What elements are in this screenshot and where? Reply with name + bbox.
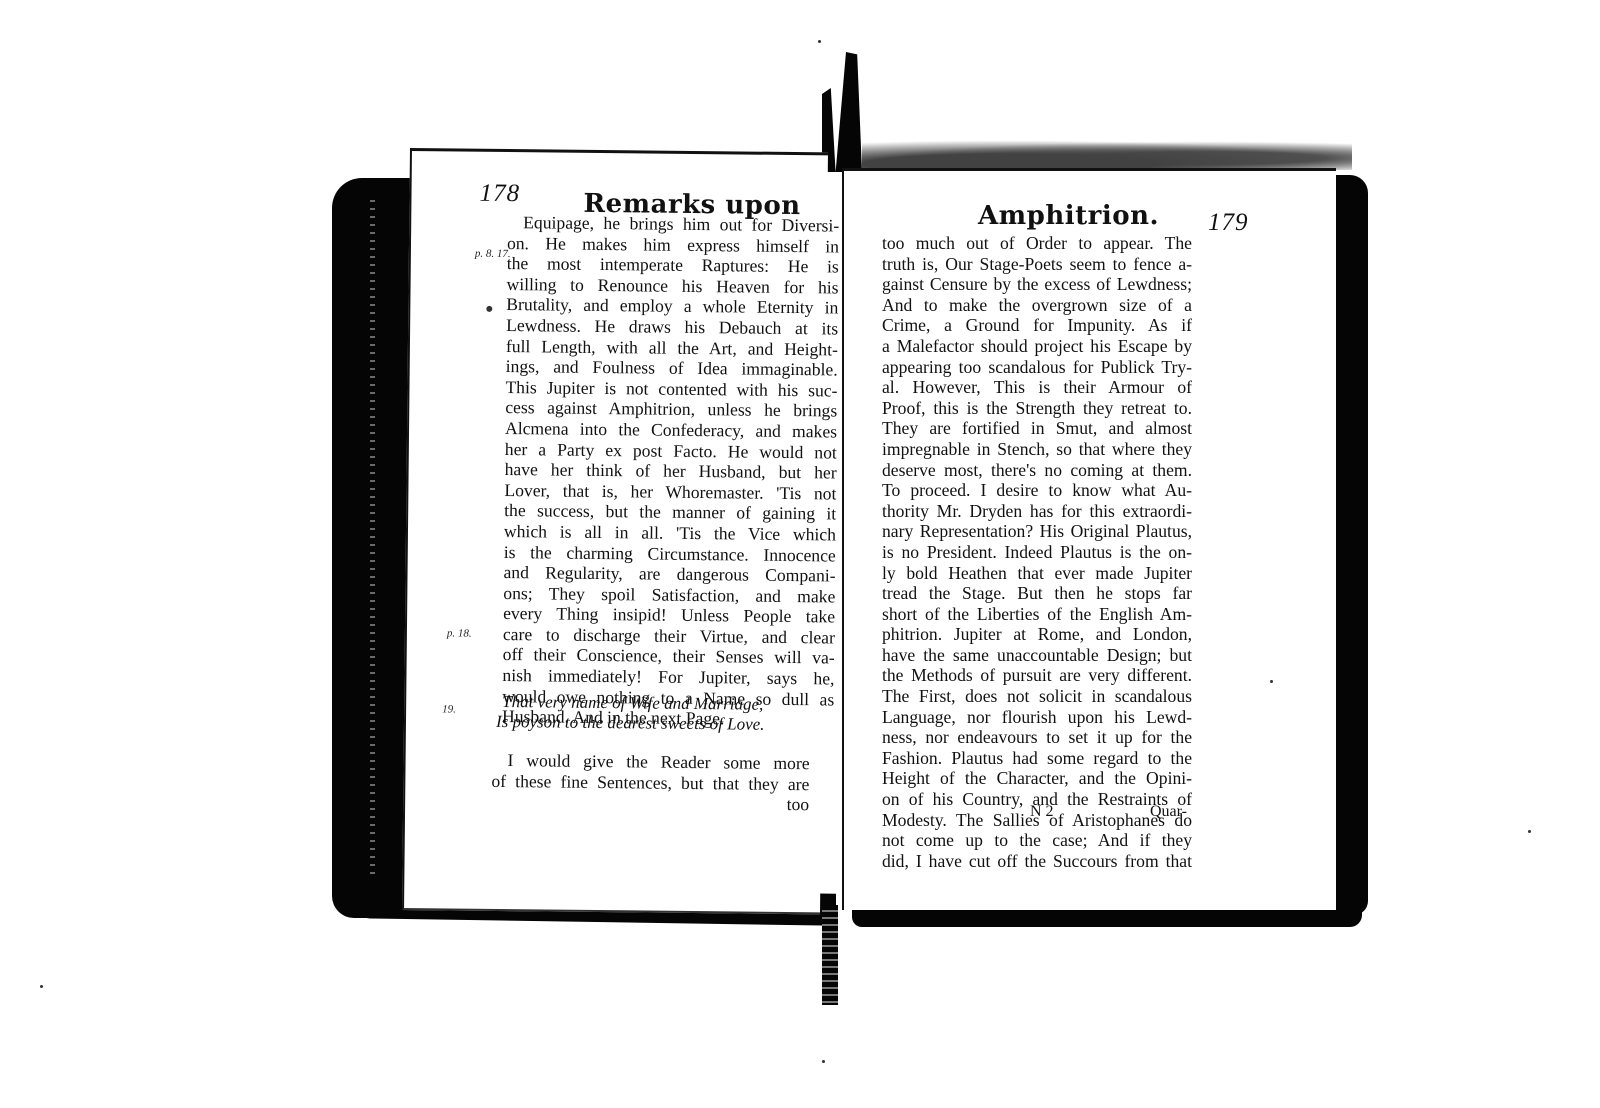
text-line: not come up to the case; And if they (882, 830, 1192, 851)
text-line: tread the Stage. But then he stops far (882, 583, 1192, 604)
spine-top-shadow (822, 52, 862, 172)
catchword: too (491, 791, 809, 815)
text-line: They are fortified in Smut, and almost (882, 418, 1192, 439)
right-page-top-edge-shadow (862, 140, 1352, 170)
text-line: ness, nor endeavours to set it up for th… (882, 727, 1192, 748)
text-line: nary Representation? His Original Plautu… (882, 521, 1192, 542)
text-line: have the same unaccountable Design; but (882, 645, 1192, 666)
text-line: too much out of Order to appear. The (882, 233, 1192, 254)
text-line: And to make the overgrown size of a (882, 295, 1192, 316)
text-line: impregnable in Stench, so that where the… (882, 439, 1192, 460)
text-line: deserve most, there's no coming at them. (882, 460, 1192, 481)
margin-note: p. 8. 17. (475, 248, 511, 260)
text-line: the Methods of pursuit are very differen… (882, 665, 1192, 686)
left-page: 178 Remarks upon p. 8. 17. p. 18. 19. Eq… (402, 148, 828, 914)
closing-paragraph: I would give the Reader some more of the… (491, 750, 810, 815)
spine-bottom-headband (822, 905, 838, 1005)
text-line: Equipage, he brings him out for Diversi- (507, 212, 839, 236)
page-number: 178 (479, 180, 520, 208)
text-line: of these fine Sentences, but that they a… (491, 770, 809, 794)
text-line: The First, does not solicit in scandalou… (882, 686, 1192, 707)
scan-speck (40, 985, 43, 988)
scan-speck (822, 1060, 825, 1063)
text-line: truth is, Our Stage-Poets seem to fence … (882, 254, 1192, 275)
text-line: appearing too scandalous for Publick Try… (882, 357, 1192, 378)
scan-speck (1528, 830, 1531, 833)
text-line: Crime, a Ground for Impunity. As if (882, 315, 1192, 336)
text-line: did, I have cut off the Succours from th… (882, 851, 1192, 872)
right-page: Amphitrion. 179 too much out of Order to… (842, 168, 1336, 910)
text-line: Fashion. Plautus had some regard to the (882, 748, 1192, 769)
text-line: gainst Censure by the excess of Lewdness… (882, 274, 1192, 295)
text-line: I would give the Reader some more (491, 750, 809, 774)
text-line: Proof, this is the Strength they retreat… (882, 398, 1192, 419)
text-line: Alcmena into the Confederacy, and makes (505, 418, 837, 442)
text-line: ly bold Heathen that ever made Jupiter (882, 563, 1192, 584)
text-line: short of the Liberties of the English Am… (882, 604, 1192, 625)
text-line: Lewdness. He draws his Debauch at its (506, 315, 838, 339)
body-text: too much out of Order to appear. The tru… (882, 233, 1192, 871)
running-head: Amphitrion. (978, 201, 1159, 231)
text-line: To proceed. I desire to know what Au- (882, 480, 1192, 501)
text-line: phitrion. Jupiter at Rome, and London, (882, 624, 1192, 645)
catchword: Quar- (1150, 803, 1187, 821)
signature-mark: N 2 (1030, 803, 1054, 821)
ink-speck (486, 306, 492, 312)
scanned-book-spread: 178 Remarks upon p. 8. 17. p. 18. 19. Eq… (0, 0, 1600, 1108)
text-line: which is all in all. 'Tis the Vice which (504, 521, 836, 545)
scan-speck (818, 40, 821, 43)
text-line: is no President. Indeed Plautus is the o… (882, 542, 1192, 563)
text-line: Language, nor flourish upon his Lewd- (882, 707, 1192, 728)
verse-quotation: That very name of Wife and Marriage, Is … (496, 692, 816, 735)
text-line: Height of the Character, and the Opini- (882, 768, 1192, 789)
margin-note: 19. (442, 703, 456, 715)
text-line: al. However, This is their Armour of (882, 377, 1192, 398)
scan-speck (1270, 680, 1273, 683)
text-line: a Malefactor should project his Escape b… (882, 336, 1192, 357)
margin-note: p. 18. (447, 627, 472, 639)
verse-line: Is poyson to the dearest sweets of Love. (496, 712, 816, 735)
page-number: 179 (1208, 209, 1249, 237)
body-text: Equipage, he brings him out for Diversi-… (502, 212, 839, 730)
text-line: thority Mr. Dryden has for this extraord… (882, 501, 1192, 522)
